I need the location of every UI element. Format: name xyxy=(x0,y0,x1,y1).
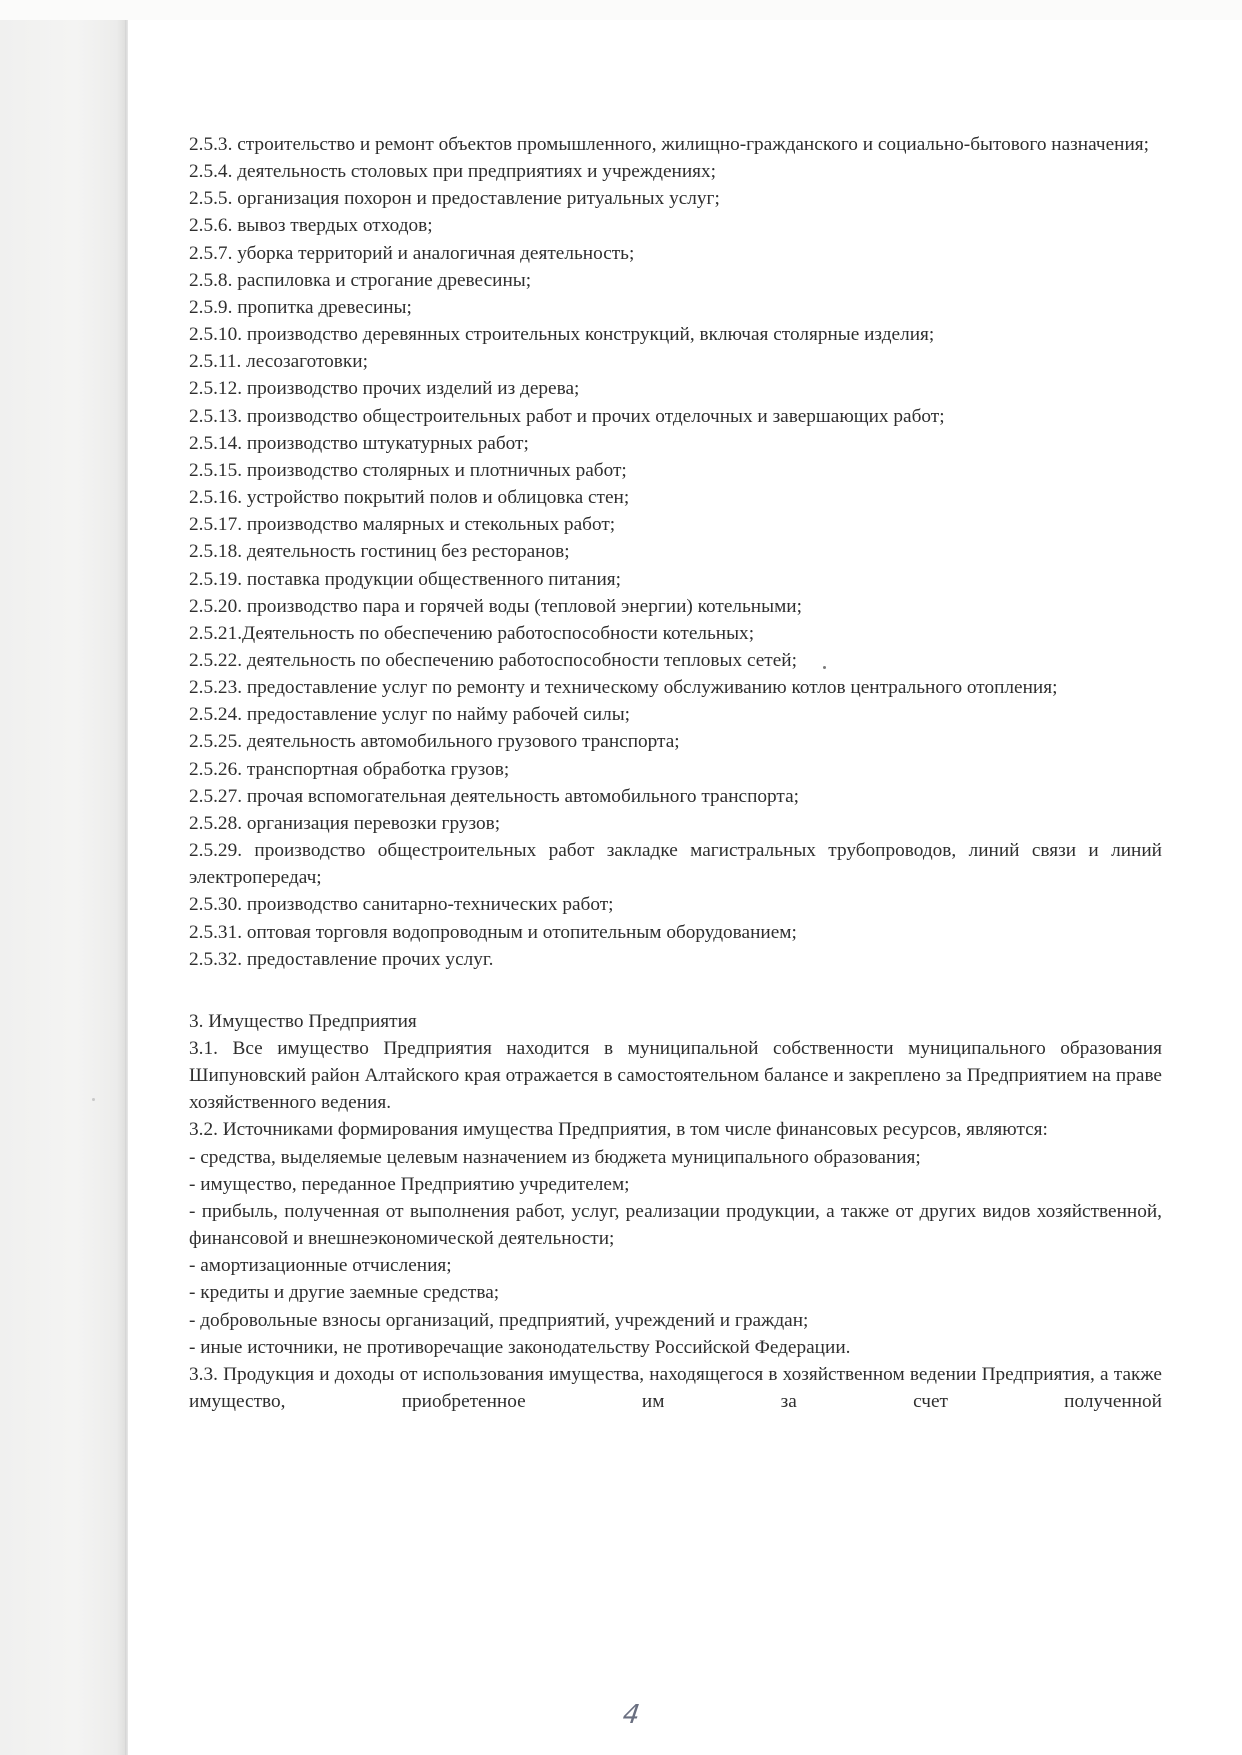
document-page: 2.5.3. строительство и ремонт объектов п… xyxy=(189,131,1162,1415)
paragraph-3-3: 3.3. Продукция и доходы от использования… xyxy=(189,1361,1162,1415)
list-item-2-5-27: 2.5.27. прочая вспомогательная деятельно… xyxy=(189,783,1162,810)
list-item-2-5-8: 2.5.8. распиловка и строгание древесины; xyxy=(189,267,1162,294)
list-item-2-5-17: 2.5.17. производство малярных и стекольн… xyxy=(189,511,1162,538)
list-item-2-5-30: 2.5.30. производство санитарно-техническ… xyxy=(189,891,1162,918)
list-item-2-5-28: 2.5.28. организация перевозки грузов; xyxy=(189,810,1162,837)
source-item: - прибыль, полученная от выполнения рабо… xyxy=(189,1198,1162,1252)
section-3: 3. Имущество Предприятия 3.1. Все имущес… xyxy=(189,1008,1162,1415)
list-item-2-5-15: 2.5.15. производство столярных и плотнич… xyxy=(189,457,1162,484)
scan-speck xyxy=(823,666,826,669)
page-number: 4 xyxy=(621,1700,642,1730)
list-item-2-5-16: 2.5.16. устройство покрытий полов и обли… xyxy=(189,484,1162,511)
source-item: - имущество, переданное Предприятию учре… xyxy=(189,1171,1162,1198)
source-item: - средства, выделяемые целевым назначени… xyxy=(189,1144,1162,1171)
list-item-2-5-29: 2.5.29. производство общестроительных ра… xyxy=(189,837,1162,891)
section-heading: 3. Имущество Предприятия xyxy=(189,1008,1162,1035)
list-item-2-5-11: 2.5.11. лесозаготовки; xyxy=(189,348,1162,375)
binding-edge xyxy=(125,20,128,1755)
list-item-2-5-19: 2.5.19. поставка продукции общественного… xyxy=(189,566,1162,593)
list-2-5: 2.5.3. строительство и ремонт объектов п… xyxy=(189,131,1162,973)
list-item-2-5-4: 2.5.4. деятельность столовых при предпри… xyxy=(189,158,1162,185)
list-item-2-5-26: 2.5.26. транспортная обработка грузов; xyxy=(189,756,1162,783)
list-item-2-5-13: 2.5.13. производство общестроительных ра… xyxy=(189,403,1162,430)
list-item-2-5-12: 2.5.12. производство прочих изделий из д… xyxy=(189,375,1162,402)
scan-top-margin xyxy=(0,0,1242,20)
paragraph-3-1: 3.1. Все имущество Предприятия находится… xyxy=(189,1035,1162,1116)
list-item-2-5-7: 2.5.7. уборка территорий и аналогичная д… xyxy=(189,240,1162,267)
list-item-2-5-6: 2.5.6. вывоз твердых отходов; xyxy=(189,212,1162,239)
list-item-2-5-32: 2.5.32. предоставление прочих услуг. xyxy=(189,946,1162,973)
list-item-2-5-31: 2.5.31. оптовая торговля водопроводным и… xyxy=(189,919,1162,946)
list-item-2-5-14: 2.5.14. производство штукатурных работ; xyxy=(189,430,1162,457)
list-item-2-5-21: 2.5.21.Деятельность по обеспечению работ… xyxy=(189,620,1162,647)
list-item-2-5-3: 2.5.3. строительство и ремонт объектов п… xyxy=(189,131,1162,158)
list-item-2-5-20: 2.5.20. производство пара и горячей воды… xyxy=(189,593,1162,620)
binding-shadow xyxy=(0,20,127,1755)
section-spacer xyxy=(189,973,1162,1008)
list-item-2-5-9: 2.5.9. пропитка древесины; xyxy=(189,294,1162,321)
list-item-2-5-24: 2.5.24. предоставление услуг по найму ра… xyxy=(189,701,1162,728)
list-item-2-5-5: 2.5.5. организация похорон и предоставле… xyxy=(189,185,1162,212)
source-item: - амортизационные отчисления; xyxy=(189,1252,1162,1279)
scan-speck xyxy=(92,1098,95,1101)
source-item: - кредиты и другие заемные средства; xyxy=(189,1279,1162,1306)
list-item-2-5-25: 2.5.25. деятельность автомобильного груз… xyxy=(189,728,1162,755)
source-item: - добровольные взносы организаций, предп… xyxy=(189,1307,1162,1334)
list-item-2-5-18: 2.5.18. деятельность гостиниц без рестор… xyxy=(189,538,1162,565)
list-item-2-5-10: 2.5.10. производство деревянных строител… xyxy=(189,321,1162,348)
paragraph-3-2: 3.2. Источниками формирования имущества … xyxy=(189,1116,1162,1143)
source-item: - иные источники, не противоречащие зако… xyxy=(189,1334,1162,1361)
list-item-2-5-22: 2.5.22. деятельность по обеспечению рабо… xyxy=(189,647,1162,674)
list-item-2-5-23: 2.5.23. предоставление услуг по ремонту … xyxy=(189,674,1162,701)
